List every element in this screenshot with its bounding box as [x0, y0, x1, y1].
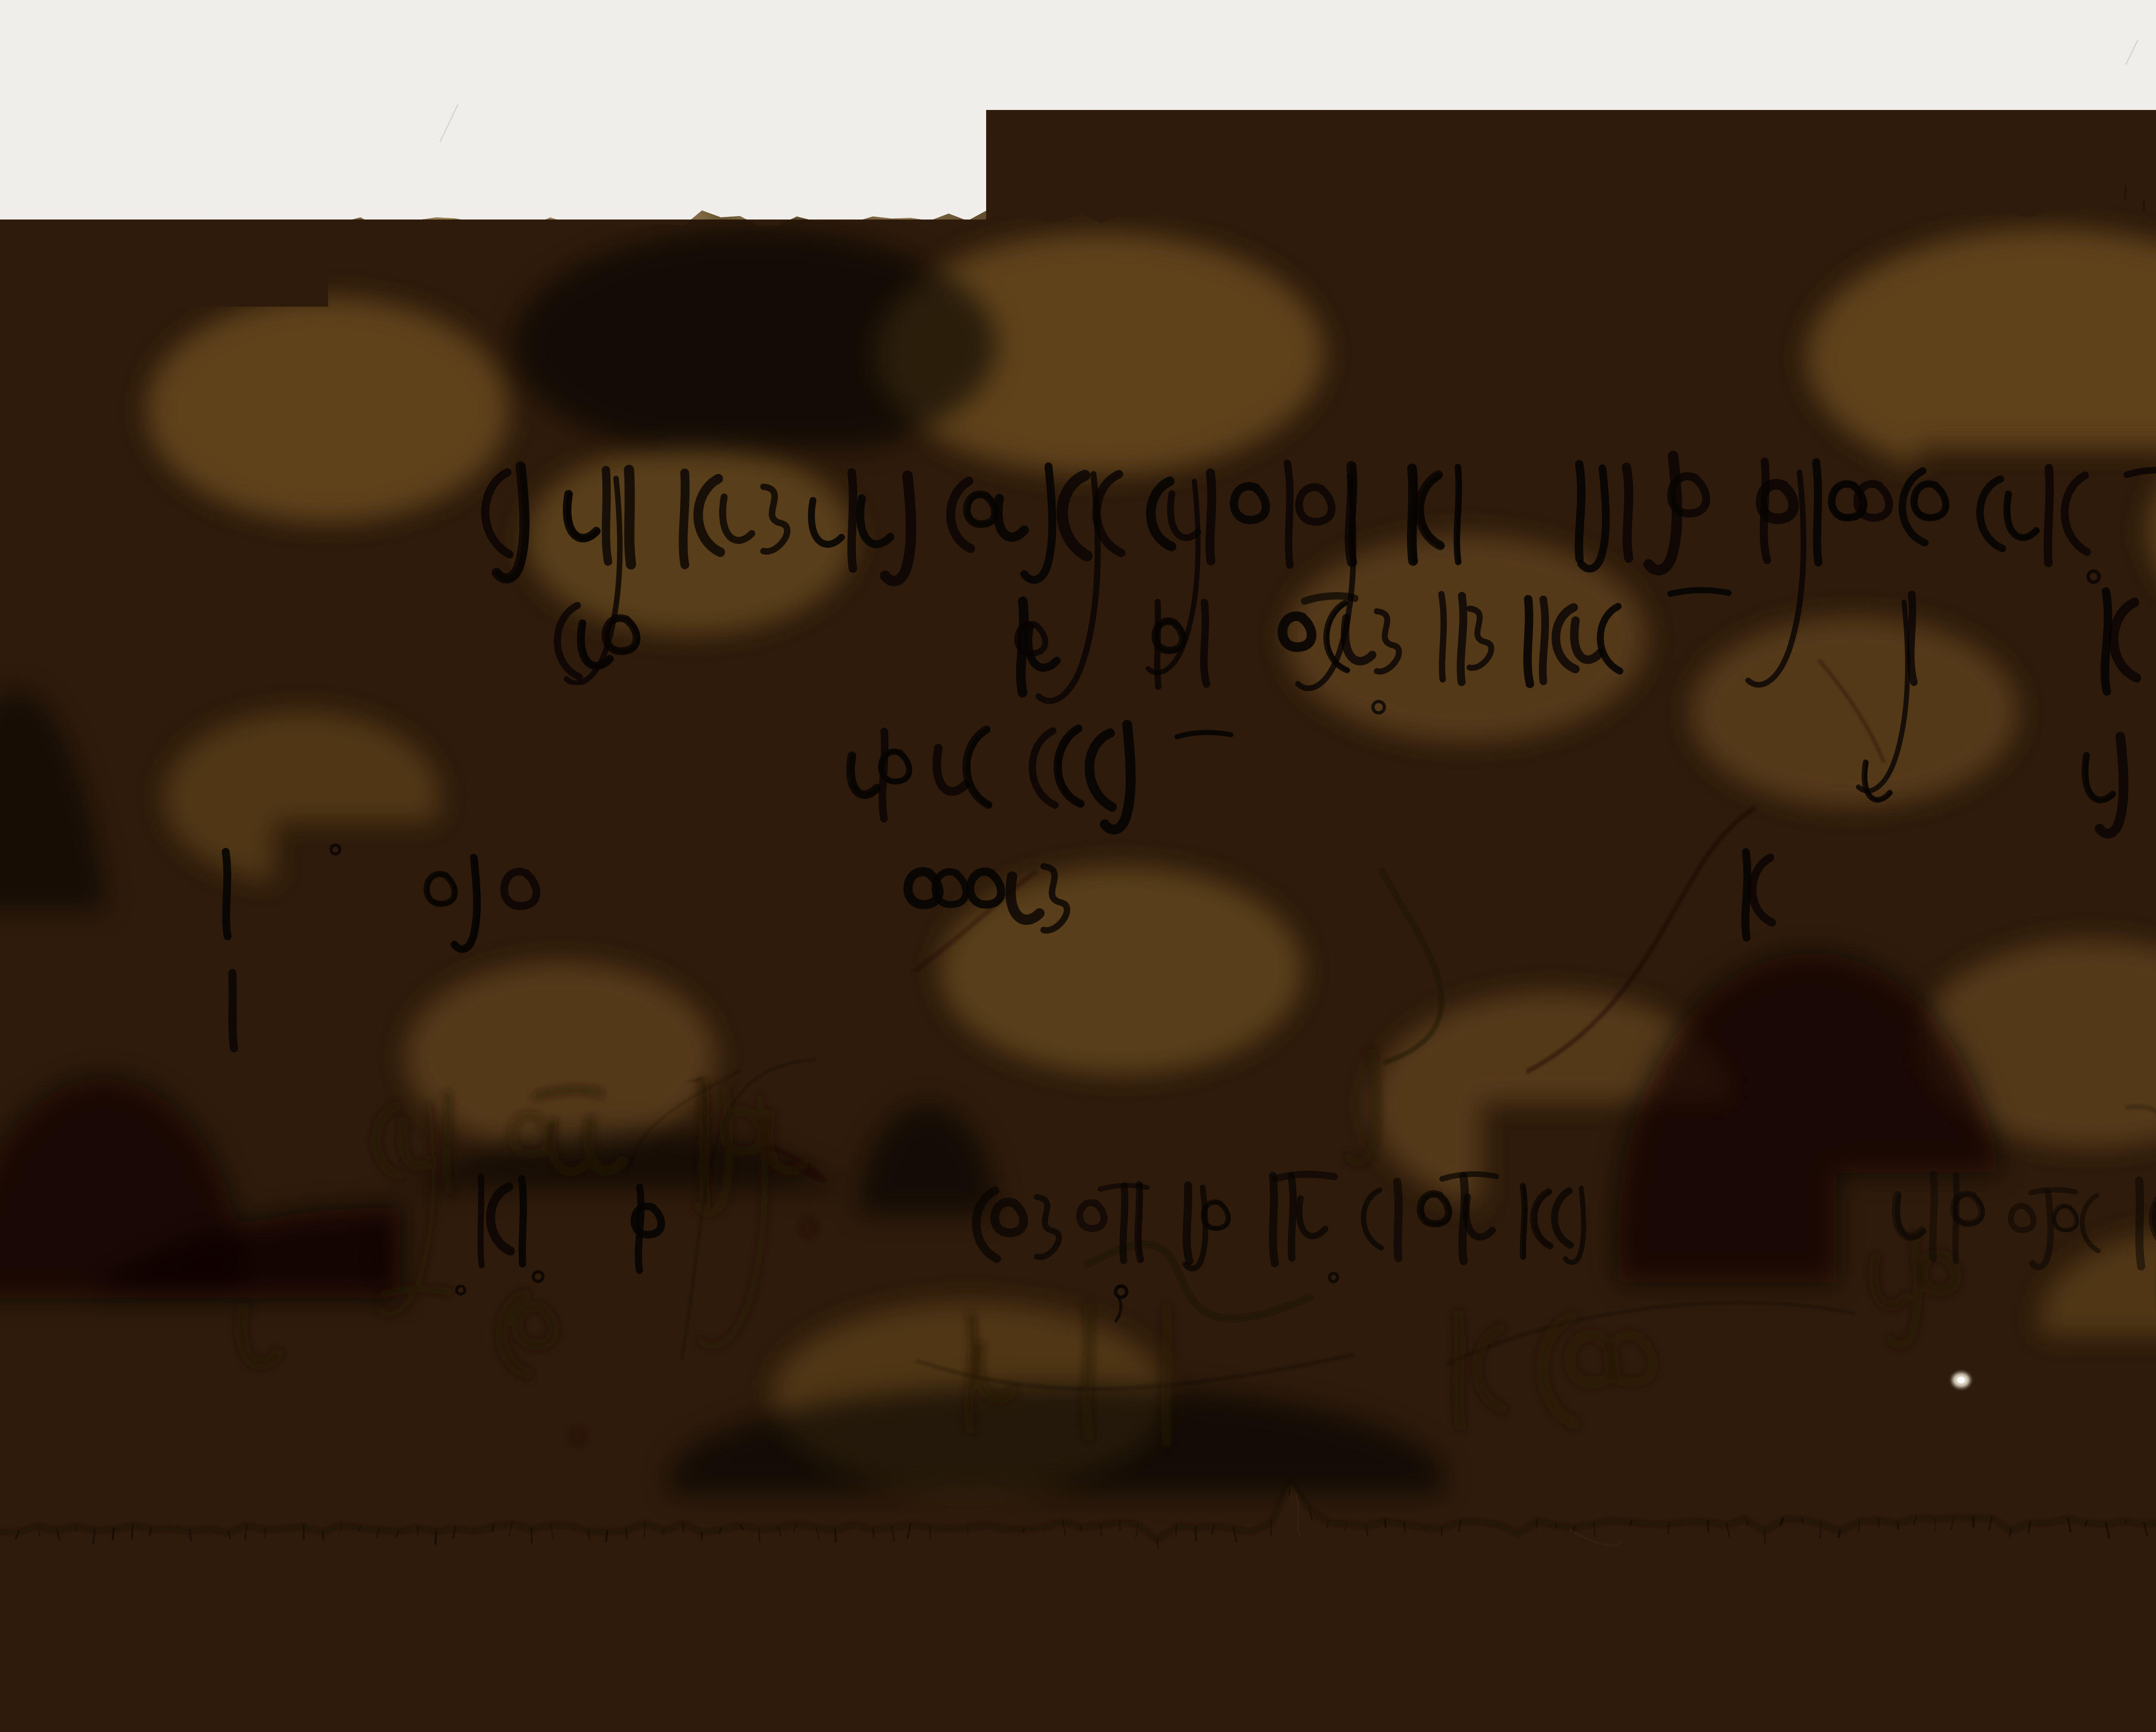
photo	[0, 0, 2156, 1732]
background-dust	[440, 40, 2138, 142]
manuscript-sheet	[0, 24, 2156, 1656]
manuscript-photo-canvas	[0, 0, 2156, 1732]
